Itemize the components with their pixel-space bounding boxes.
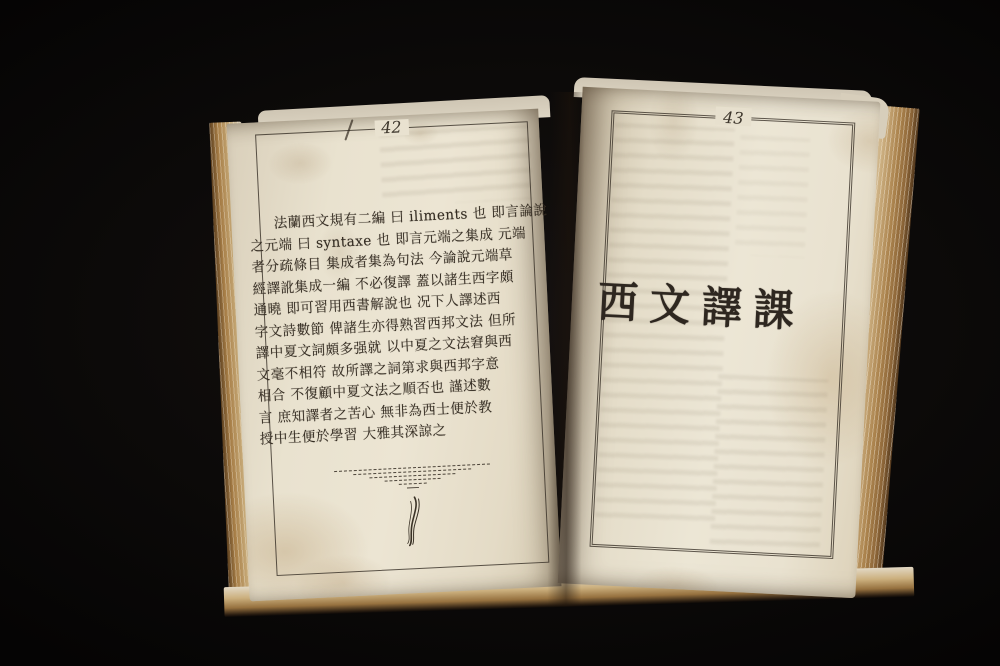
manuscript-paragraph: 法蘭西文規有二編 曰 iliments 也 即言論說 之元端 曰 syntaxe… <box>249 201 548 451</box>
tailpiece-rule <box>407 487 419 489</box>
paper-stains-right <box>558 87 881 598</box>
pen-stroke-mark <box>344 119 353 140</box>
page-number-patch <box>374 119 409 137</box>
tailpiece-rule <box>369 473 455 478</box>
tailpiece-rule <box>399 483 427 485</box>
bleed-through-right <box>710 374 828 549</box>
page-number-right: 43 <box>715 108 752 129</box>
title-calligraphy: 西文譯課 <box>597 268 808 340</box>
bleed-through-right <box>734 135 810 258</box>
flourish-icon <box>400 495 429 548</box>
left-page: 42 法蘭西文規有二編 曰 iliments 也 即言論說 之元端 曰 synt… <box>227 109 562 602</box>
page-number-patch <box>715 107 752 127</box>
bleed-through-left <box>379 125 532 206</box>
tailpiece-ornament <box>334 463 494 551</box>
page-number-left: 42 <box>373 117 410 138</box>
right-page: 43 西文譯課 <box>558 87 881 598</box>
tailpiece-rule <box>385 478 441 482</box>
photo-of-open-manuscript: 42 法蘭西文規有二編 曰 iliments 也 即言論說 之元端 曰 synt… <box>0 0 1000 666</box>
